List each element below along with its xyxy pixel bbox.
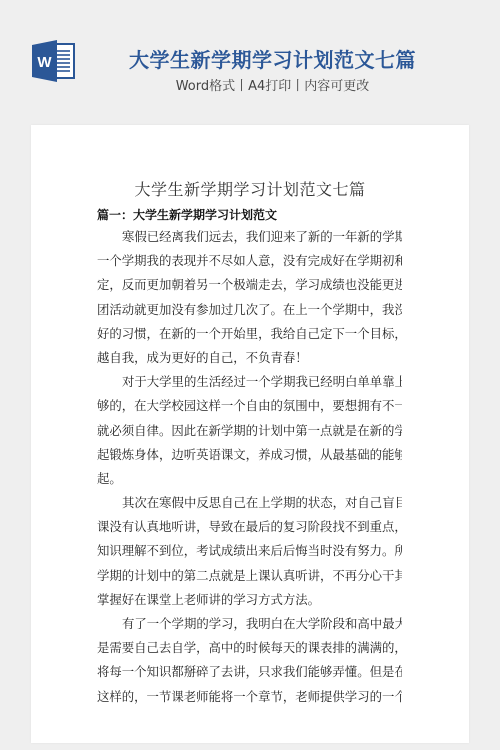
text-line: 将每一个知识都掰碎了去讲，只求我们能够弄懂。但是在大学不是: [97, 660, 402, 684]
text-line: 是需要自己去自学，高中的时候每天的课表排的满满的，上课时老师: [97, 636, 402, 660]
text-line: 知识理解不到位，考试成绩出来后后悔当时没有努力。所以我在新: [97, 539, 402, 563]
document-page: 大学生新学期学习计划范文七篇 篇一：大学生新学期学习计划范文 寒假已经离我们远去…: [31, 125, 469, 743]
text-line: 越自我，成为更好的自己，不负青春！: [97, 346, 402, 370]
text-line: 其次在寒假中反思自己在上学期的状态，对自己盲目自信，上: [97, 491, 402, 515]
svg-text:W: W: [37, 54, 52, 71]
text-line: 起锻炼身体，边听英语课文，养成习惯，从最基础的能够做到的做: [97, 443, 402, 467]
text-line: 就必须自律。因此在新学期的计划中第一点就是在新的学期每天早: [97, 419, 402, 443]
text-line: 对于大学里的生活经过一个学期我已经明白单单靠上课是不: [97, 370, 402, 394]
text-line: 够的，在大学校园这样一个自由的氛围中，要想拥有不一样的成就，: [97, 394, 402, 418]
text-line: 学期的计划中的第二点就是上课认真听讲，不再分心干其他的事，: [97, 564, 402, 588]
text-line: 课没有认真地听讲，导致在最后的复习阶段找不到重点，对书本上的: [97, 515, 402, 539]
document-body: 寒假已经离我们远去，我们迎来了新的一年新的学期。回顾上一个学期我的表现并不尽如人…: [97, 225, 402, 709]
text-line: 好的习惯，在新的一个开始里，我给自己定下一个目标，那就是超: [97, 322, 402, 346]
text-line: 有了一个学期的学习，我明白在大学阶段和高中最大的不同就: [97, 612, 402, 636]
header-subtitle: Word格式丨A4打印丨内容可更改: [110, 75, 435, 94]
text-line: 这样的，一节课老师能将一个章节，老师提供学习的一个思路，: [97, 685, 402, 709]
text-line: 团活动就更加没有参加过几次了。在上一个学期中，我没有养成很: [97, 298, 402, 322]
document-title: 大学生新学期学习计划范文七篇: [31, 177, 469, 200]
page-header: W 大学生新学期学习计划范文七篇 Word格式丨A4打印丨内容可更改: [0, 0, 500, 120]
text-line: 寒假已经离我们远去，我们迎来了新的一年新的学期。回顾上: [97, 225, 402, 249]
text-line: 定，反而更加朝着另一个极端走去，学习成绩也没能更进一步，社: [97, 273, 402, 297]
text-line: 掌握好在课堂上老师讲的学习方式方法。: [97, 588, 402, 612]
section-heading: 篇一：大学生新学期学习计划范文: [97, 206, 277, 223]
word-icon: W: [32, 40, 76, 82]
text-line: 一个学期我的表现并不尽如人意，没有完成好在学期初和自己的约: [97, 249, 402, 273]
text-line: 起。: [97, 467, 402, 491]
header-title: 大学生新学期学习计划范文七篇: [110, 44, 435, 73]
